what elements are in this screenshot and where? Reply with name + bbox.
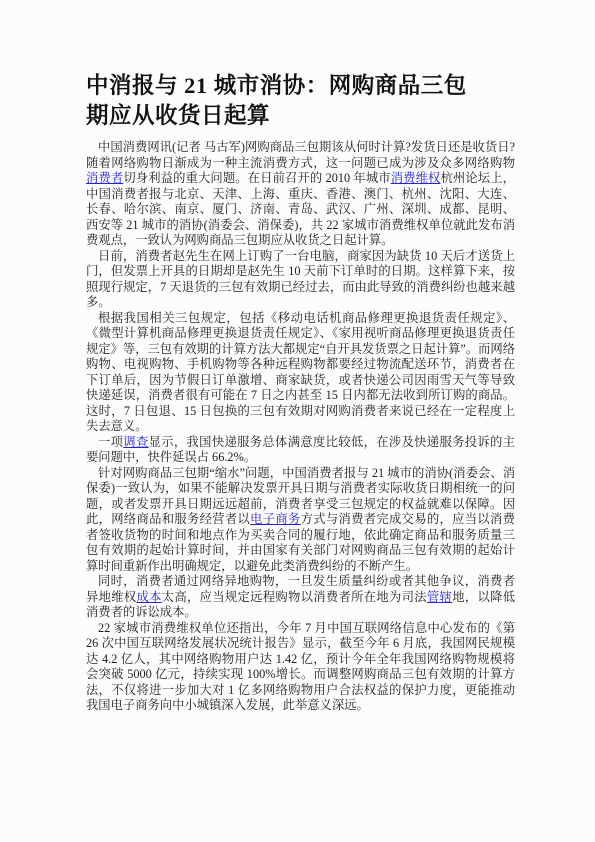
paragraph-text: 中国消费网讯(记者 马古军)网购商品三包期该从何时计算?发货日还是收货日?随着网… (86, 140, 515, 170)
paragraph-statistics: 22 家城市消费维权单位还指出，今年 7 月中国互联网络信息中心发布的《第 26… (86, 621, 515, 714)
paragraph-case-example: 日前，消费者赵先生在网上订购了一台电脑，商家因为缺货 10 天后才送货上门，但发… (86, 249, 515, 311)
paragraph-text: 切身利益的重大问题。在日前召开的 2010 年城市 (123, 171, 390, 185)
article-title-line-1: 中消报与 21 城市消协：网购商品三包 (86, 71, 515, 101)
article-body: 中国消费网讯(记者 马古军)网购商品三包期该从何时计算?发货日还是收货日?随着网… (86, 140, 515, 714)
paragraph-text: 日前，消费者赵先生在网上订购了一台电脑，商家因为缺货 10 天后才送货上门，但发… (86, 249, 515, 310)
paragraph-text: 显示，我国快递服务总体满意度比较低，在涉及快递服务投诉的主要问题中，快件延误占 … (86, 435, 515, 465)
link-cost[interactable]: 成本 (137, 590, 162, 604)
paragraph-jurisdiction: 同时，消费者通过网络异地购物，一旦发生质量纠纷或者其他争议，消费者异地维权成本太… (86, 574, 515, 621)
paragraph-intro: 中国消费网讯(记者 马古军)网购商品三包期该从何时计算?发货日还是收货日?随着网… (86, 140, 515, 249)
link-consumer[interactable]: 消费者 (86, 171, 123, 185)
article-title: 中消报与 21 城市消协：网购商品三包期应从收货日起算 (86, 71, 515, 131)
paragraph-regulations: 根据我国相关三包规定，包括《移动电话机商品修理更换退货责任规定》、《微型计算机商… (86, 311, 515, 435)
paragraph-text: 一项 (98, 435, 123, 449)
document-page: 中消报与 21 城市消协：网购商品三包期应从收货日起算 中国消费网讯(记者 马古… (0, 0, 595, 842)
paragraph-text: 根据我国相关三包规定，包括《移动电话机商品修理更换退货责任规定》、《微型计算机商… (86, 311, 515, 434)
article-title-line-2: 期应从收货日起算 (86, 101, 515, 131)
link-consumer-rights[interactable]: 消费维权 (391, 171, 441, 185)
link-survey[interactable]: 调查 (123, 435, 148, 449)
link-ecommerce[interactable]: 电子商务 (250, 512, 301, 526)
paragraph-survey: 一项调查显示，我国快递服务总体满意度比较低，在涉及快递服务投诉的主要问题中，快件… (86, 435, 515, 466)
paragraph-text: 22 家城市消费维权单位还指出，今年 7 月中国互联网络信息中心发布的《第 26… (86, 621, 515, 713)
paragraph-opinion: 针对网购商品三包期“缩水”问题，中国消费者报与 21 城市的消协(消委会、消保委… (86, 466, 515, 575)
paragraph-text: 太高，应当规定远程购物以消费者所在地为司法 (162, 590, 427, 604)
link-jurisdiction[interactable]: 管辖 (427, 590, 452, 604)
